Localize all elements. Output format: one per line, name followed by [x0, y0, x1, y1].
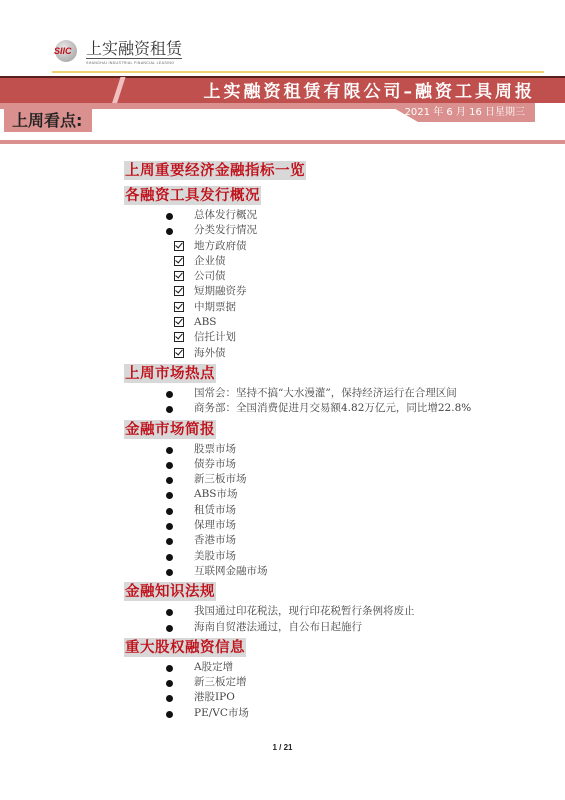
list-item[interactable]: ABS市场 — [124, 487, 524, 502]
section-heading[interactable]: 金融知识法规 — [124, 582, 216, 601]
list-item[interactable]: 我国通过印花税法，现行印花税暂行条例将废止 — [124, 604, 524, 619]
bullet-icon — [166, 228, 173, 235]
bullet-icon — [166, 477, 173, 484]
section-heading[interactable]: 重大股权融资信息 — [124, 638, 246, 657]
bullet-icon — [166, 462, 173, 469]
checklist-item[interactable]: 海外债 — [124, 346, 524, 361]
section-tab-label: 上周看点: — [12, 108, 82, 131]
bullet-icon — [166, 492, 173, 499]
list-item[interactable]: 海南自贸港法通过，自公布日起施行 — [124, 620, 524, 635]
section-heading[interactable]: 上周市场热点 — [124, 364, 216, 383]
checklist-item[interactable]: 企业债 — [124, 254, 524, 269]
checklist-item[interactable]: 地方政府债 — [124, 239, 524, 254]
list-item[interactable]: 互联网金融市场 — [124, 564, 524, 579]
checklist-item[interactable]: 公司债 — [124, 269, 524, 284]
bullet-icon — [166, 680, 173, 687]
bullet-icon — [166, 609, 173, 616]
logo-company-name: 上实融资租赁 — [86, 40, 182, 59]
list-item[interactable]: 商务部：全国消费促进月交易额4.82万亿元，同比增22.8% — [124, 401, 524, 416]
bullet-icon — [166, 523, 173, 530]
table-of-contents: 上周重要经济金融指标一览 各融资工具发行概况 总体发行概况 分类发行情况 地方政… — [124, 160, 524, 721]
list-item[interactable]: 股票市场 — [124, 442, 524, 457]
list-item[interactable]: 债券市场 — [124, 457, 524, 472]
report-date: 2021 年 6 月 16 日星期三 — [405, 103, 525, 120]
bullet-icon — [166, 508, 173, 515]
checklist-item[interactable]: 信托计划 — [124, 330, 524, 345]
list-item[interactable]: 租赁市场 — [124, 503, 524, 518]
checklist-item[interactable]: 中期票据 — [124, 300, 524, 315]
list-item[interactable]: 国常会：坚持不搞“大水漫灌”，保持经济运行在合理区间 — [124, 386, 524, 401]
bullet-icon — [166, 711, 173, 718]
bullet-icon — [166, 391, 173, 398]
bullet-icon — [166, 406, 173, 413]
checkbox-checked-icon — [174, 348, 184, 358]
list-item[interactable]: A股定增 — [124, 660, 524, 675]
checkbox-checked-icon — [174, 256, 184, 266]
bullet-icon — [166, 538, 173, 545]
report-title: 上实融资租赁有限公司–融资工具周报 — [204, 77, 536, 102]
checkbox-checked-icon — [174, 241, 184, 251]
bullet-icon — [166, 447, 173, 454]
bullet-icon — [166, 625, 173, 632]
list-item[interactable]: 香港市场 — [124, 533, 524, 548]
list-item[interactable]: 总体发行概况 — [124, 208, 524, 223]
section-heading[interactable]: 金融市场简报 — [124, 420, 216, 439]
checklist-item[interactable]: 短期融资券 — [124, 284, 524, 299]
section-tab: 上周看点: — [4, 106, 92, 132]
list-item[interactable]: 保理市场 — [124, 518, 524, 533]
bullet-icon — [166, 569, 173, 576]
bullet-icon — [166, 213, 173, 220]
list-item[interactable]: 新三板市场 — [124, 472, 524, 487]
checkbox-checked-icon — [174, 271, 184, 281]
bullet-icon — [166, 554, 173, 561]
logo-company-name-en: SHANGHAI INDUSTRIAL FINANCIAL LEASING — [86, 61, 174, 65]
checkbox-checked-icon — [174, 317, 184, 327]
list-item[interactable]: 港股IPO — [124, 690, 524, 705]
checkbox-checked-icon — [174, 302, 184, 312]
checkbox-checked-icon — [174, 332, 184, 342]
list-item[interactable]: 美股市场 — [124, 549, 524, 564]
section-rule — [0, 140, 565, 144]
checklist-item[interactable]: ABS — [124, 315, 524, 330]
section-heading[interactable]: 各融资工具发行概况 — [124, 186, 261, 205]
bullet-icon — [166, 665, 173, 672]
page-number: 1 / 21 — [0, 743, 565, 752]
list-item[interactable]: 新三板定增 — [124, 675, 524, 690]
section-heading[interactable]: 上周重要经济金融指标一览 — [124, 161, 306, 180]
list-item[interactable]: PE/VC市场 — [124, 706, 524, 721]
logo-mark-text: SIIC — [54, 46, 72, 56]
bullet-icon — [166, 695, 173, 702]
header-divider — [52, 71, 544, 73]
checkbox-checked-icon — [174, 286, 184, 296]
list-item[interactable]: 分类发行情况 — [124, 223, 524, 238]
